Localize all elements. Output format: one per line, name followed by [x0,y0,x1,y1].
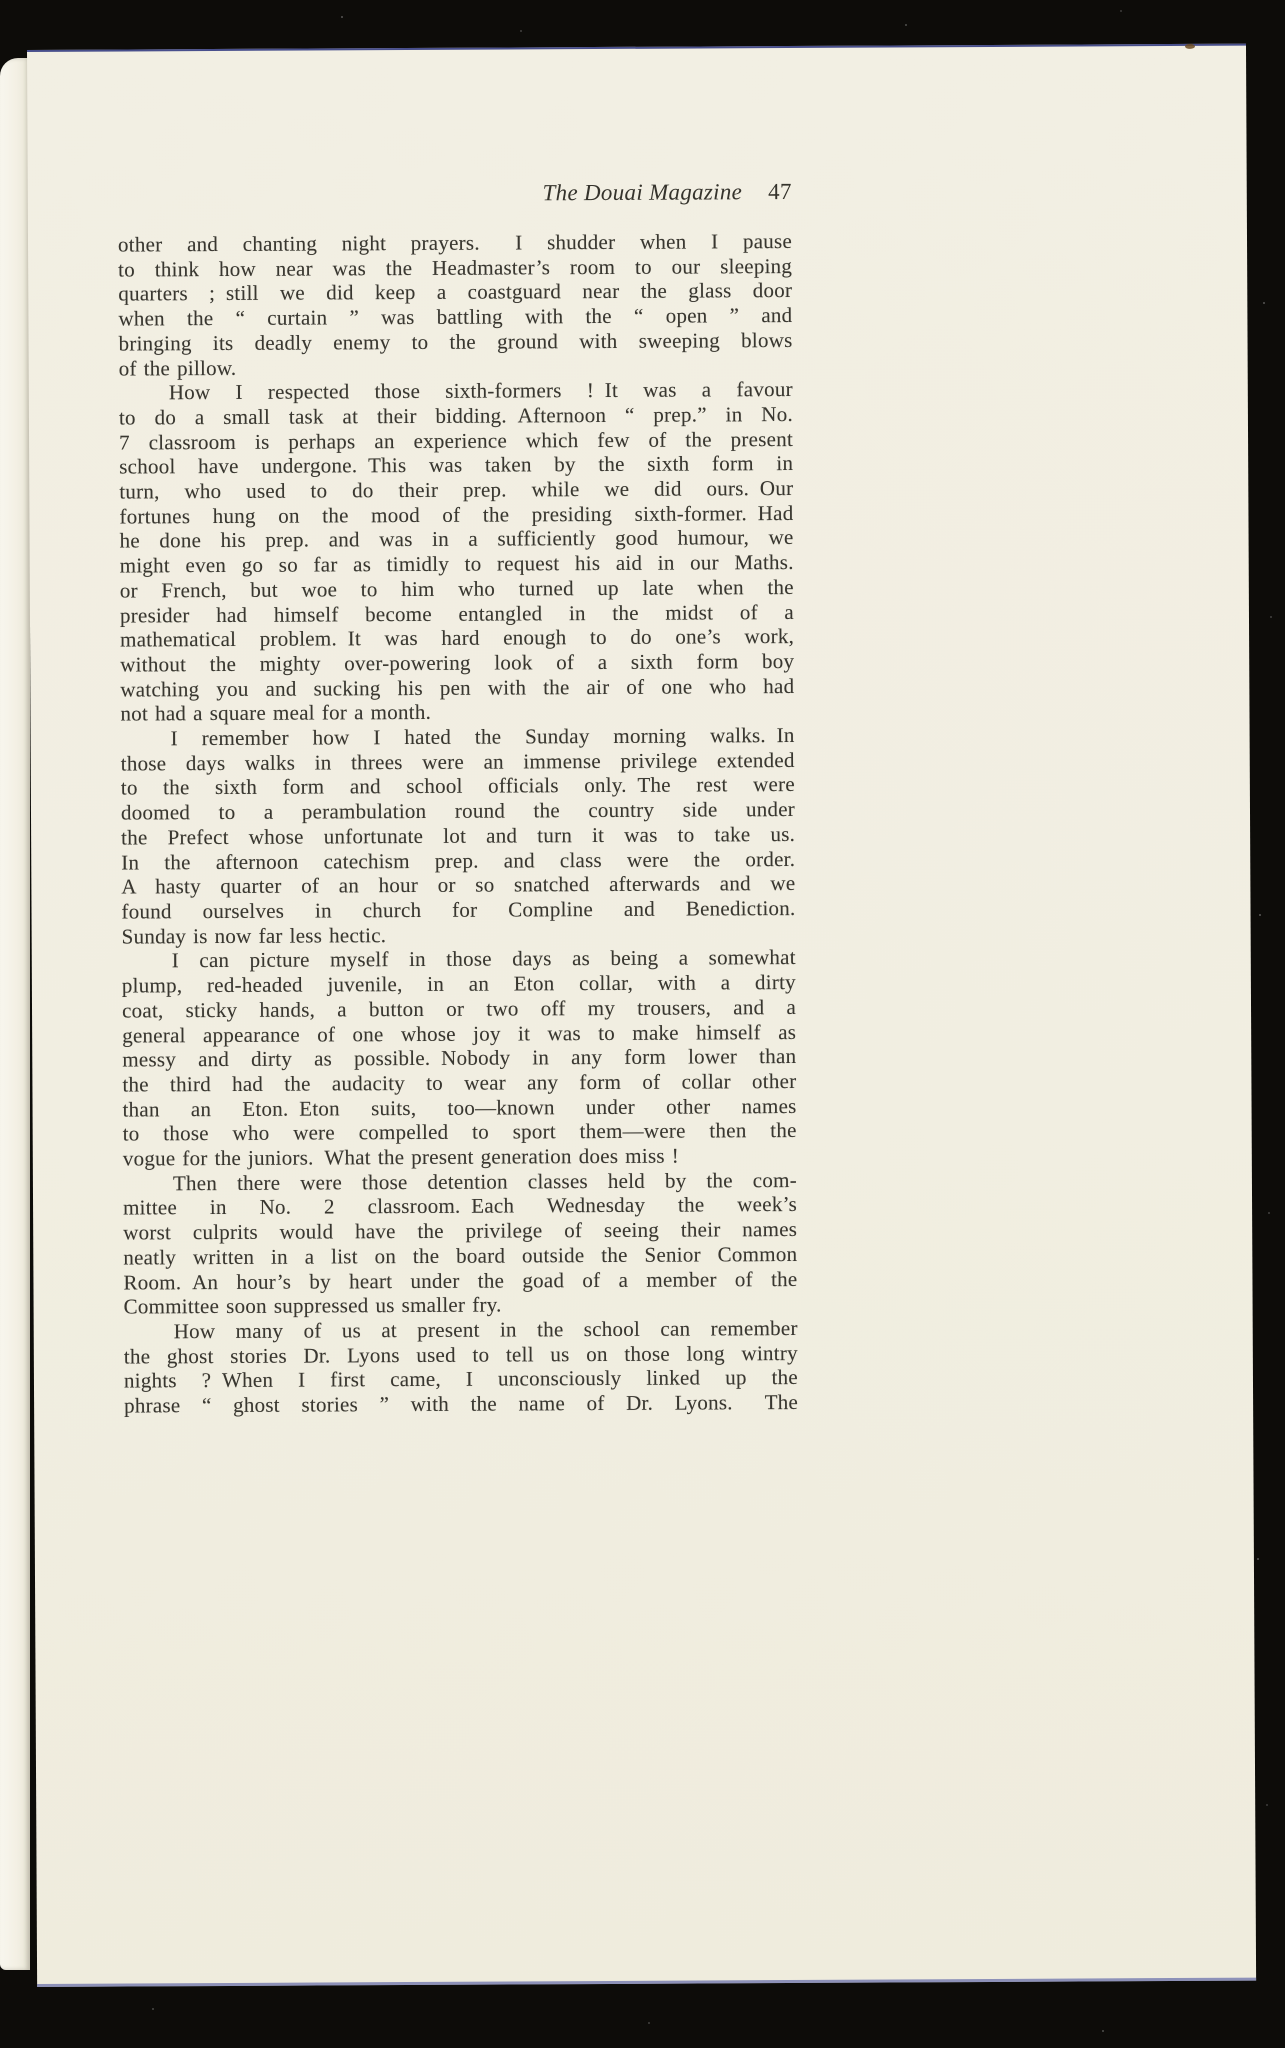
text-line: How many of us at present in the school … [124,1316,798,1344]
text-line: school have undergone. This was taken by… [119,451,793,479]
text-line: presider had himself become entangled in… [120,600,794,628]
text-block: other and chanting night prayers. I shud… [118,229,798,1418]
paragraph: How I respected those sixth-formers ! It… [119,377,795,726]
text-line: not had a square meal for a month. [120,698,794,726]
running-header: The Douai Magazine47 [118,179,792,209]
text-line: mathematical problem. It was hard enough… [120,624,794,652]
text-line: he done his prep. and was in a sufficien… [120,525,794,553]
text-line: the Prefect whose unfortunate lot and tu… [121,822,795,850]
text-line: without the mighty over-powering look of… [120,649,794,677]
text-line: worst culprits would have the privilege … [123,1217,797,1245]
text-line: Then there were those detention classes … [123,1168,797,1196]
paragraph: How many of us at present in the school … [124,1316,799,1418]
text-line: Room. An hour’s by heart under the goad … [123,1267,797,1295]
text-line: to think how near was the Headmaster’s r… [118,254,792,282]
text-line: or French, but woe to him who turned up … [120,575,794,603]
text-line: the third had the audacity to wear any f… [122,1069,796,1097]
text-line: to those who were compelled to sport the… [123,1118,797,1146]
text-line: doomed to a perambulation round the coun… [121,797,795,825]
page-number: 47 [768,179,792,204]
text-line: than an Eton. Eton suits, too—known unde… [122,1094,796,1122]
text-line: In the afternoon catechism prep. and cla… [121,847,795,875]
scan-background: The Douai Magazine47 other and chanting … [0,0,1285,2048]
text-line: neatly written in a list on the board ou… [123,1242,797,1270]
paragraph: Then there were those detention classes … [123,1168,798,1320]
text-line: vogue for the juniors. What the present … [123,1143,797,1171]
paragraph: I remember how I hated the Sunday mornin… [121,723,796,949]
text-line: the ghost stories Dr. Lyons used to tell… [124,1341,798,1369]
text-line: quarters ; still we did keep a coastguar… [118,278,792,306]
text-line: phrase “ ghost stories ” with the name o… [124,1390,798,1418]
text-line: those days walks in threes were an immen… [121,748,795,776]
text-line: general appearance of one whose joy it w… [122,1019,796,1047]
page-edge-strip [0,58,30,1970]
text-line: coat, sticky hands, a button or two off … [122,995,796,1023]
paragraph: I can picture myself in those days as be… [122,945,797,1171]
text-line: messy and dirty as possible. Nobody in a… [122,1044,796,1072]
text-line: plump, red-headed juvenile, in an Eton c… [122,970,796,998]
text-line: other and chanting night prayers. I shud… [118,229,792,257]
text-line: A hasty quarter of an hour or so snatche… [121,871,795,899]
text-line: How I respected those sixth-formers ! It… [119,377,793,405]
text-line: Sunday is now far less hectic. [122,921,796,949]
text-line: of the pillow. [119,353,793,381]
text-line: fortunes hung on the mood of the presidi… [119,501,793,529]
text-line: watching you and sucking his pen with th… [120,674,794,702]
book-page: The Douai Magazine47 other and chanting … [27,44,1256,1987]
text-line: mittee in No. 2 classroom. Each Wednesda… [123,1192,797,1220]
text-line: found ourselves in church for Compline a… [121,896,795,924]
dust-specks [0,0,2,2]
magazine-title: The Douai Magazine [542,179,742,205]
page-content: The Douai Magazine47 other and chanting … [117,48,798,1418]
text-line: Committee soon suppressed us smaller fry… [124,1291,798,1319]
text-line: I can picture myself in those days as be… [122,945,796,973]
text-line: to the sixth form and school officials o… [121,772,795,800]
text-line: when the “ curtain ” was battling with t… [118,303,792,331]
text-line: nights ? When I first came, I unconsciou… [124,1365,798,1393]
text-line: bringing its deadly enemy to the ground … [118,328,792,356]
paragraph: other and chanting night prayers. I shud… [118,229,793,381]
text-line: I remember how I hated the Sunday mornin… [121,723,795,751]
text-line: to do a small task at their bidding. Aft… [119,402,793,430]
corner-speck [1185,44,1195,49]
text-line: 7 classroom is perhaps an experience whi… [119,427,793,455]
text-line: turn, who used to do their prep. while w… [119,476,793,504]
text-line: might even go so far as timidly to reque… [120,550,794,578]
